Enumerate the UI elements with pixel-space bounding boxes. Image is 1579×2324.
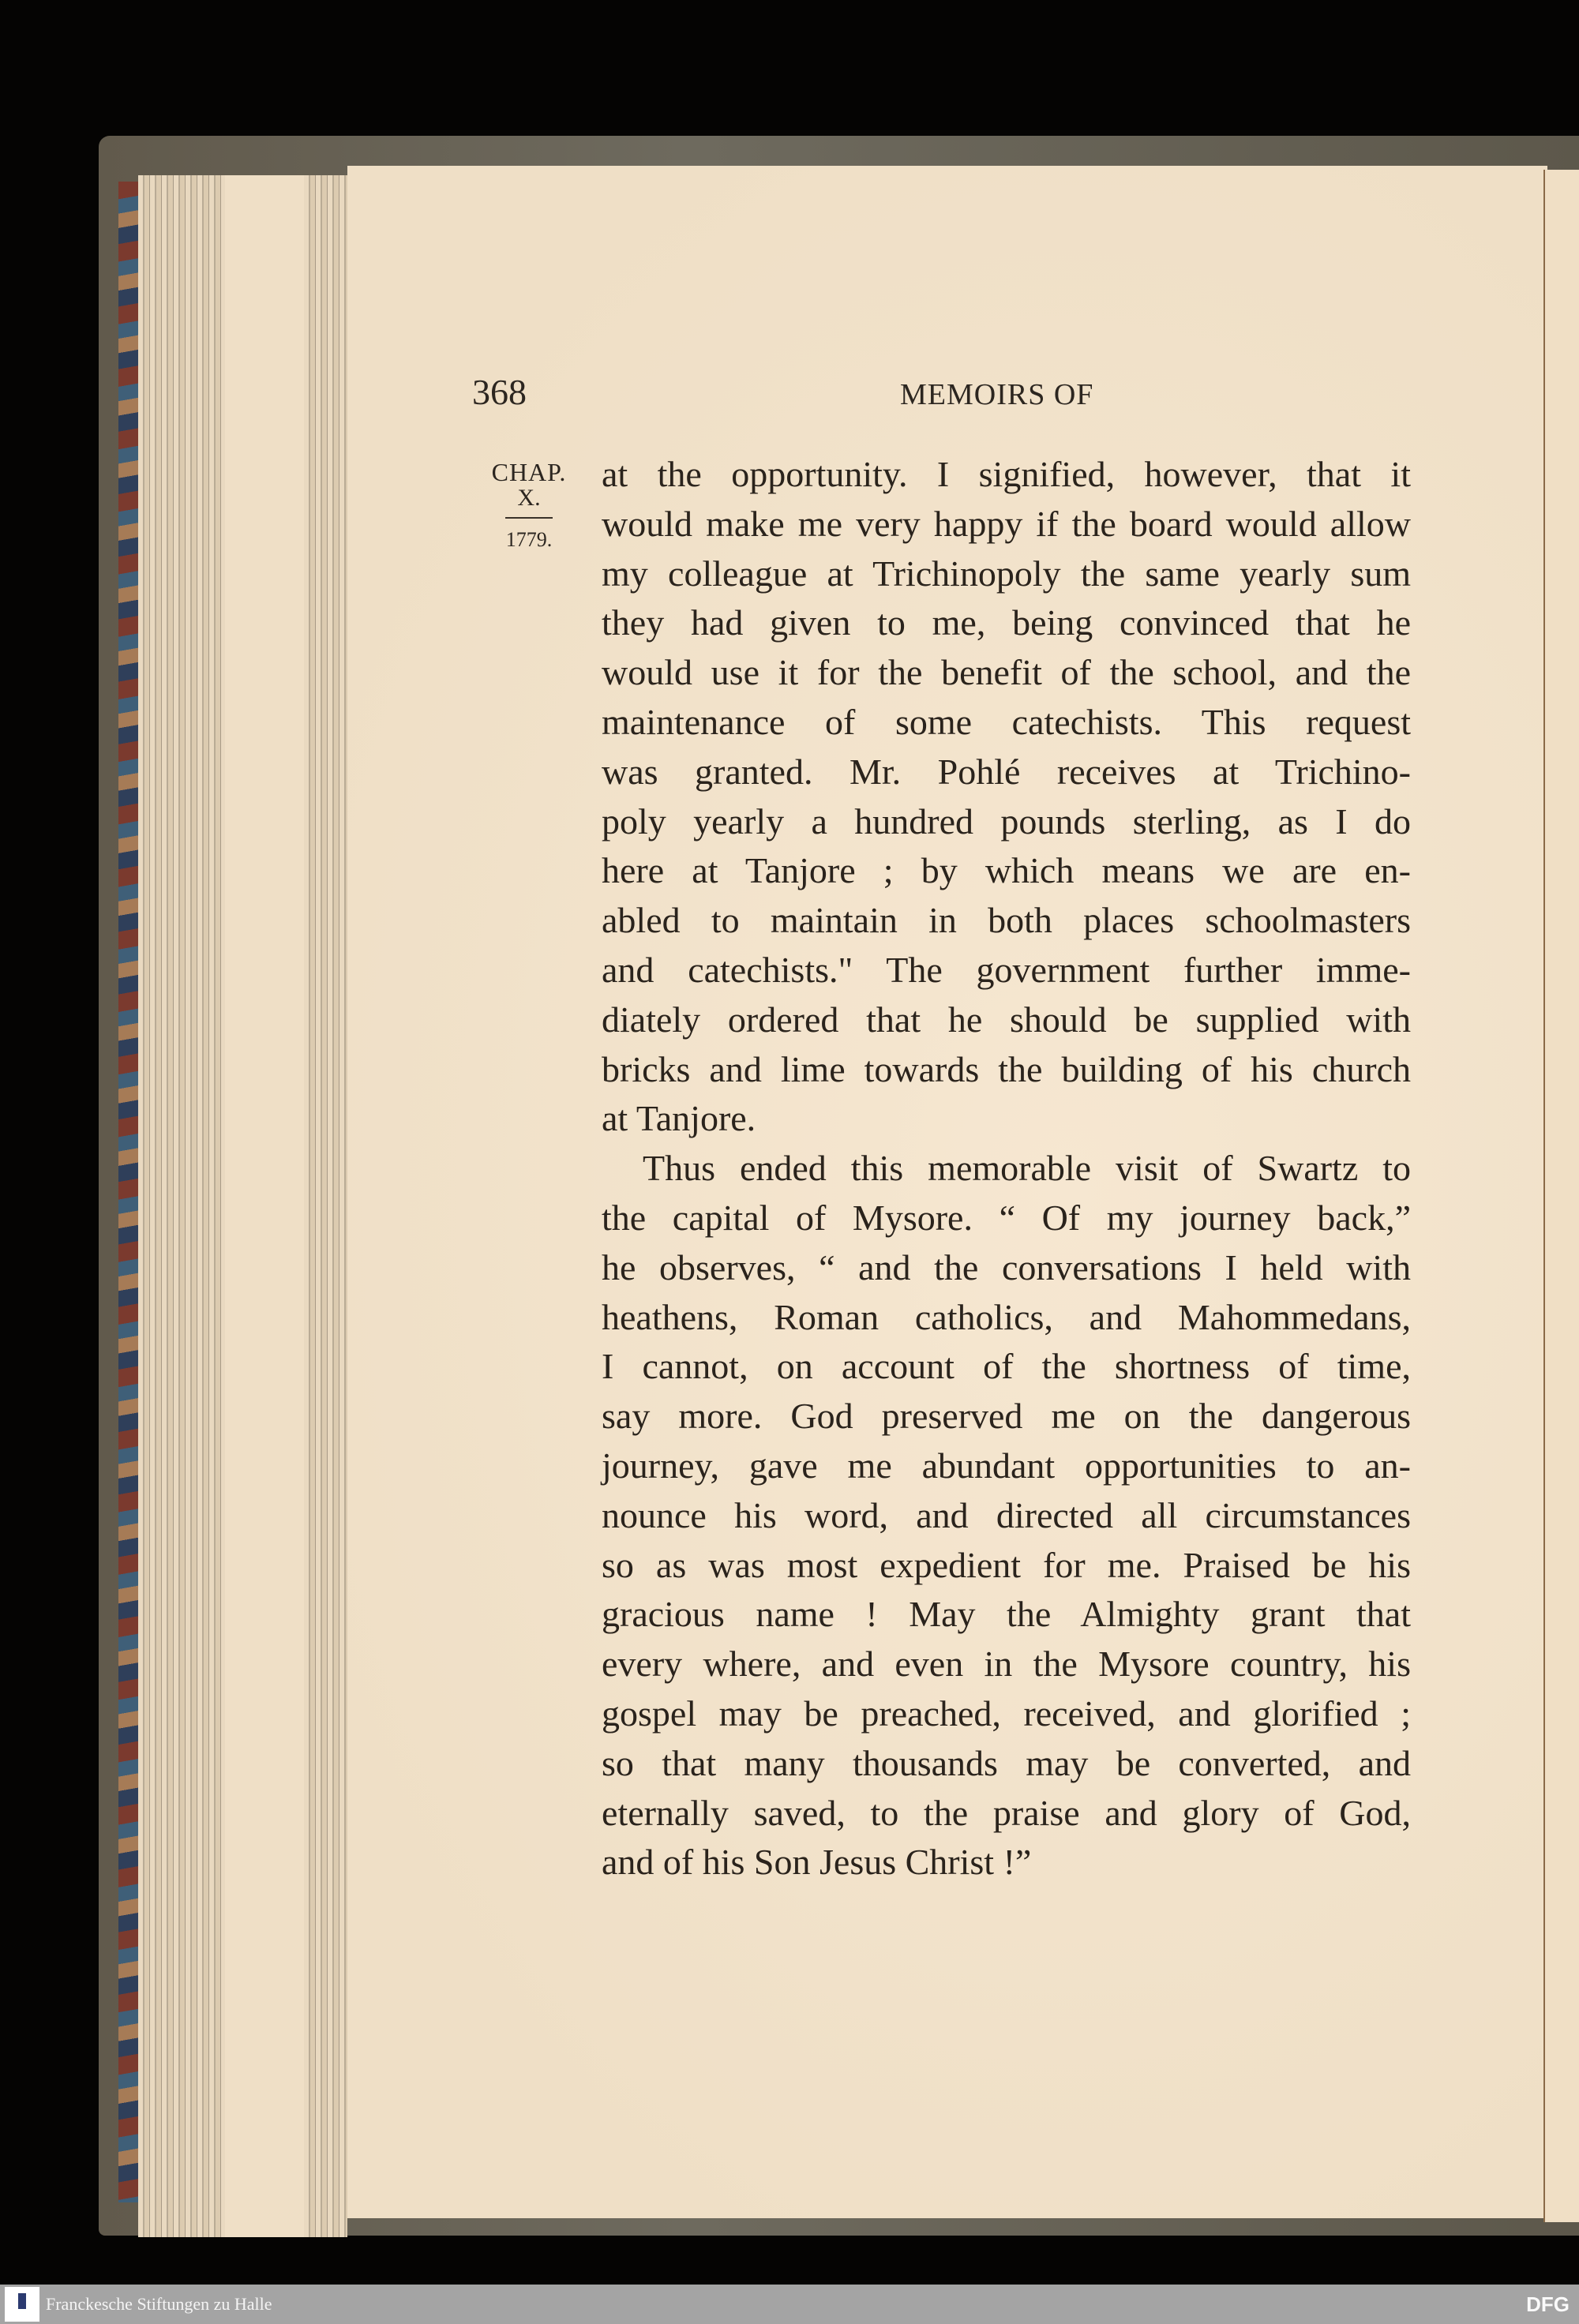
text-line: the capital of Mysore. “ Of my journey b… bbox=[602, 1194, 1411, 1243]
margin-year: 1779. bbox=[486, 528, 572, 552]
text-line: Thus ended this memorable visit of Swart… bbox=[602, 1144, 1411, 1194]
text-line: diately ordered that he should be suppli… bbox=[602, 995, 1411, 1045]
text-line: bricks and lime towards the building of … bbox=[602, 1045, 1411, 1095]
text-line: so as was most expedient for me. Praised… bbox=[602, 1541, 1411, 1591]
text-line: he observes, “ and the conversations I h… bbox=[602, 1243, 1411, 1293]
text-line: abled to maintain in both places schoolm… bbox=[602, 896, 1411, 946]
margin-rule bbox=[505, 517, 553, 519]
text-line: here at Tanjore ; by which means we are … bbox=[602, 846, 1411, 896]
text-line: so that many thousands may be converted,… bbox=[602, 1739, 1411, 1789]
page-number: 368 bbox=[472, 371, 527, 413]
text-line: say more. God preserved me on the danger… bbox=[602, 1392, 1411, 1441]
text-line: my colleague at Trichinopoly the same ye… bbox=[602, 549, 1411, 599]
text-line: gospel may be preached, received, and gl… bbox=[602, 1689, 1411, 1739]
text-line: was granted. Mr. Pohlé receives at Trich… bbox=[602, 748, 1411, 797]
text-line: poly yearly a hundred pounds sterling, a… bbox=[602, 797, 1411, 847]
text-line: and of his Son Jesus Christ !” bbox=[602, 1838, 1411, 1887]
text-line: gracious name ! May the Almighty grant t… bbox=[602, 1590, 1411, 1640]
text-line: journey, gave me abundant opportunities … bbox=[602, 1441, 1411, 1491]
running-head: MEMOIRS OF bbox=[900, 377, 1093, 412]
text-line: heathens, Roman catholics, and Mahommeda… bbox=[602, 1293, 1411, 1343]
chapter-number: X. bbox=[486, 487, 572, 509]
chapter-label: CHAP. bbox=[486, 458, 572, 487]
text-line: eternally saved, to the praise and glory… bbox=[602, 1789, 1411, 1839]
facing-page-edge bbox=[1543, 170, 1579, 2222]
institution-name: Franckesche Stiftungen zu Halle bbox=[46, 2294, 272, 2315]
text-line: maintenance of some catechists. This req… bbox=[602, 698, 1411, 748]
text-line: at Tanjore. bbox=[602, 1094, 1411, 1144]
page-edges bbox=[138, 175, 347, 2237]
francke-foundation-logo-icon bbox=[5, 2287, 39, 2322]
text-line: they had given to me, being convinced th… bbox=[602, 598, 1411, 648]
text-line: nounce his word, and directed all circum… bbox=[602, 1491, 1411, 1541]
text-line: would use it for the benefit of the scho… bbox=[602, 648, 1411, 698]
body-text: at the opportunity. I signified, however… bbox=[602, 450, 1411, 1887]
margin-note: CHAP. X. 1779. bbox=[486, 458, 572, 552]
dfg-logo: DFG bbox=[1526, 2292, 1570, 2317]
text-line: every where, and even in the Mysore coun… bbox=[602, 1640, 1411, 1689]
text-line: I cannot, on account of the shortness of… bbox=[602, 1342, 1411, 1392]
text-line: at the opportunity. I signified, however… bbox=[602, 450, 1411, 500]
text-line: and catechists." The government further … bbox=[602, 946, 1411, 995]
text-line: would make me very happy if the board wo… bbox=[602, 500, 1411, 549]
